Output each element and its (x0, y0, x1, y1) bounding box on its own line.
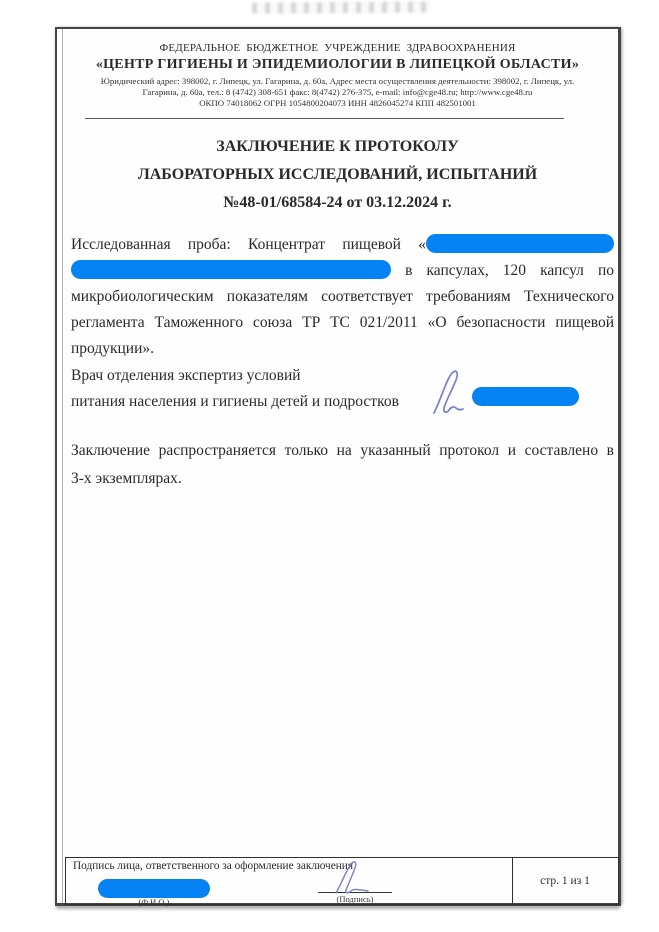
org-address-line1: Юридический адрес: 398002, г. Липецк, ул… (57, 76, 618, 86)
footer-signature-table: Подпись лица, ответственного за оформлен… (65, 857, 619, 905)
signature-caption: (Подпись) (318, 894, 392, 904)
org-registration-codes: ОКПО 74018062 ОГРН 1054800204073 ИНН 482… (57, 98, 618, 108)
header-divider (85, 118, 564, 119)
footer-responsible-label: Подпись лица, ответственного за оформлен… (73, 860, 353, 872)
doc-title-line1: ЗАКЛЮЧЕНИЕ К ПРОТОКОЛУ (57, 138, 618, 156)
redaction-product-name-1 (426, 234, 614, 253)
org-address-line2: Гагарина, д. 60а, тел.: 8 (4742) 308-651… (57, 87, 618, 97)
conclusion-line5: продукции». (71, 336, 614, 362)
scan-artifact (252, 1, 430, 13)
conclusion-paragraph: Исследованная проба: Концентрат пищевой … (71, 232, 614, 362)
page-number: стр. 1 из 1 (512, 858, 618, 904)
fio-caption: (Ф.И.О.) (98, 897, 210, 907)
scan-edge-line (62, 29, 63, 903)
redaction-doctor-name (472, 387, 579, 406)
doctor-signature (425, 367, 477, 424)
conclusion-line4: регламента Таможенного союза ТР ТС 021/2… (71, 310, 614, 336)
org-name-line2: «ЦЕНТР ГИГИЕНЫ И ЭПИДЕМИОЛОГИИ В ЛИПЕЦКО… (57, 57, 618, 73)
sample-intro-text: Исследованная проба: Концентрат пищевой … (71, 236, 426, 253)
validity-line2: 3-х экземплярах. (71, 465, 614, 493)
org-name-line1: ФЕДЕРАЛЬНОЕ БЮДЖЕТНОЕ УЧРЕЖДЕНИЕ ЗДРАВОО… (57, 42, 618, 54)
validity-paragraph: Заключение распространяется только на ук… (71, 437, 614, 493)
doctor-position-line1: Врач отделения экспертиз условий (71, 363, 614, 389)
redaction-product-name-2 (71, 260, 391, 279)
document-page: ФЕДЕРАЛЬНОЕ БЮДЖЕТНОЕ УЧРЕЖДЕНИЕ ЗДРАВОО… (55, 27, 621, 906)
conclusion-line3: микробиологическим показателям соответст… (71, 284, 614, 310)
sample-capsules-text: в капсулах, 120 капсул по (405, 262, 614, 279)
validity-line1: Заключение распространяется только на ук… (71, 437, 614, 465)
doc-title-line2: ЛАБОРАТОРНЫХ ИССЛЕДОВАНИЙ, ИСПЫТАНИЙ (57, 166, 618, 184)
doc-number-date: №48-01/68584-24 от 03.12.2024 г. (57, 194, 618, 212)
redaction-responsible-name (98, 879, 210, 898)
